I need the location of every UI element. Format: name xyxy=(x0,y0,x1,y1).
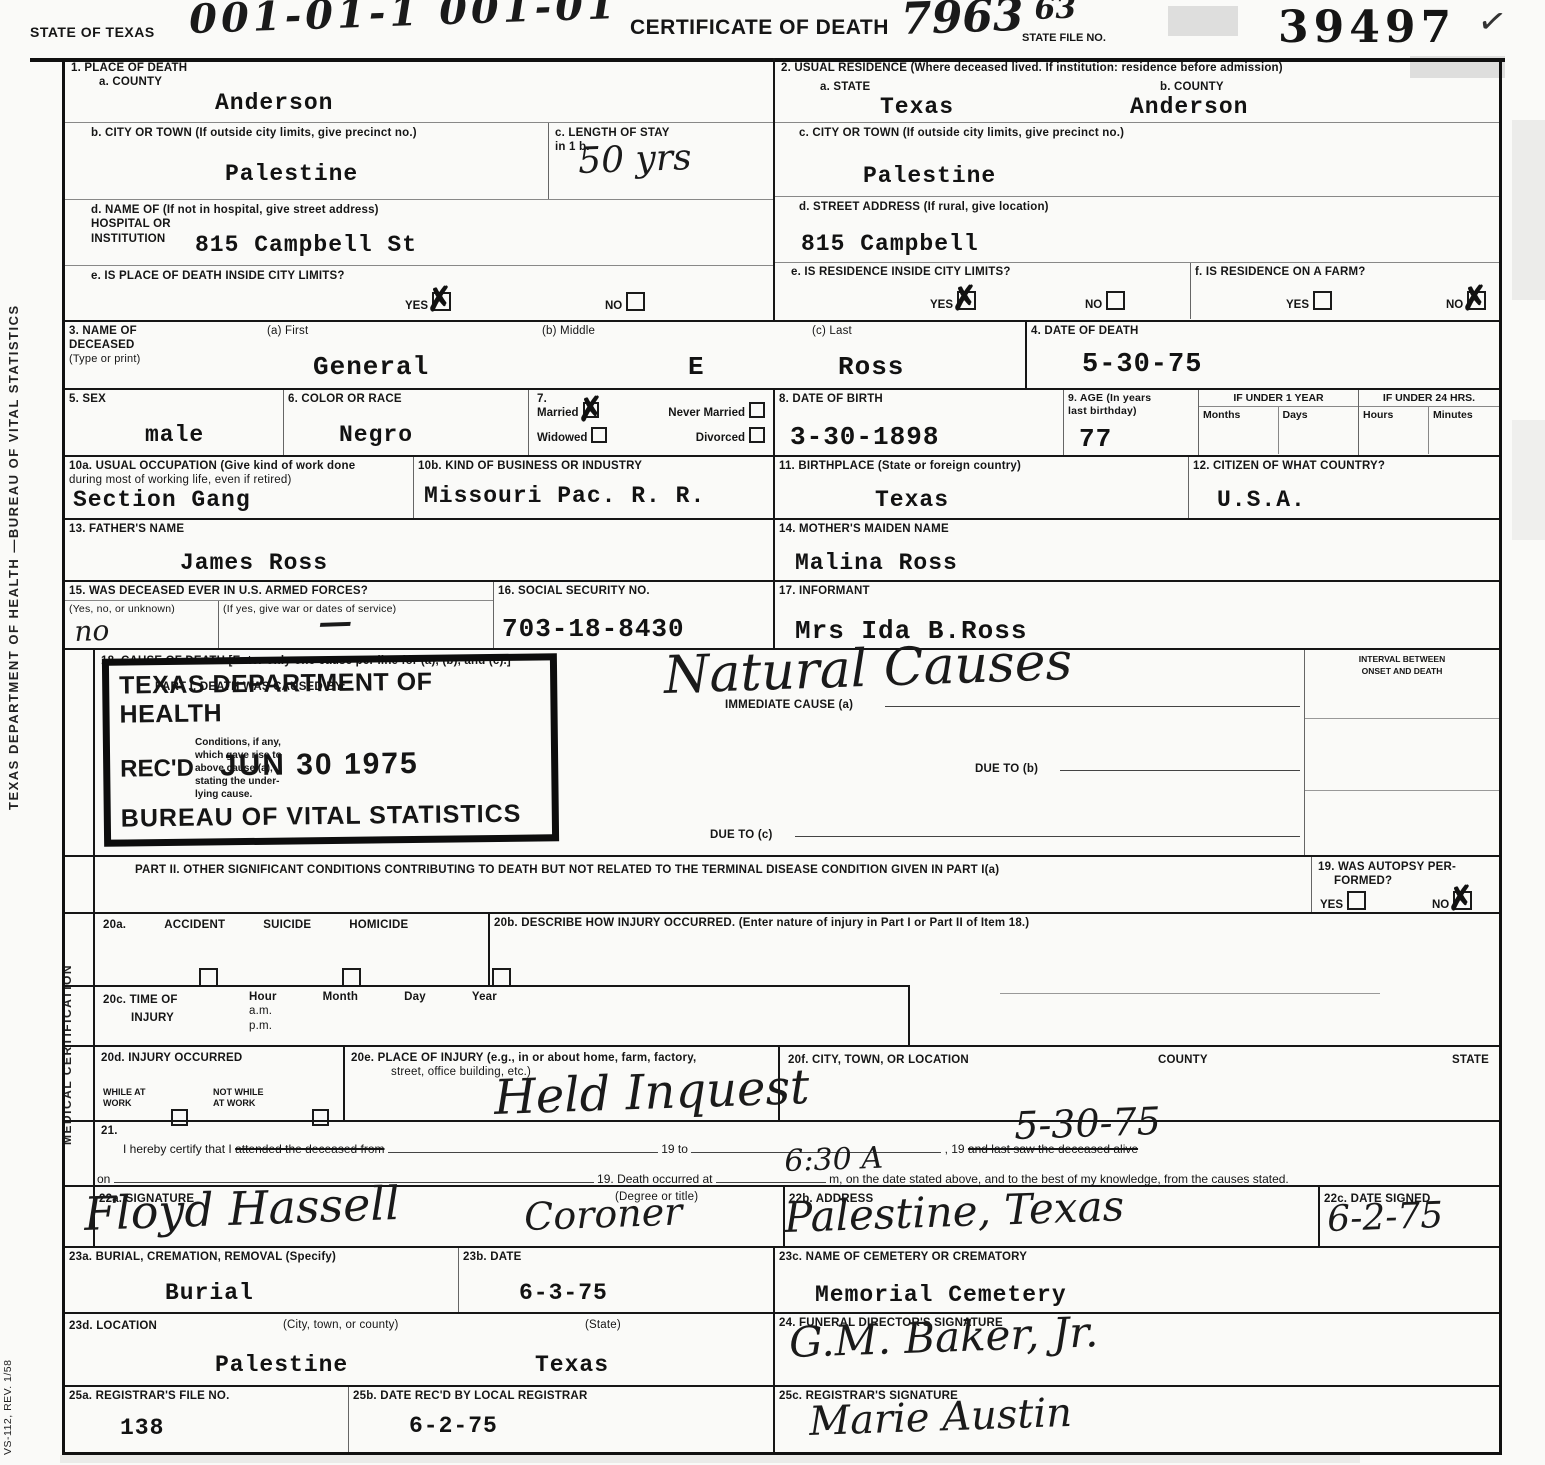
stamp-bureau: BUREAU OF VITAL STATISTICS xyxy=(121,799,542,833)
hospital-label3: INSTITUTION xyxy=(91,232,767,246)
item-21-label: 21. xyxy=(101,1124,118,1138)
under-1-year-header: IF UNDER 1 YEAR xyxy=(1199,390,1358,407)
handwritten-63: 63 xyxy=(1034,0,1077,27)
state-file-number: 39497 xyxy=(1278,2,1456,53)
residence-state-label: a. STATE xyxy=(820,80,870,94)
mother-value: Malina Ross xyxy=(795,550,958,576)
name-title3: (Type or print) xyxy=(69,353,259,367)
months-label: Months xyxy=(1199,407,1279,454)
sex-field: 5. SEX male xyxy=(65,390,283,455)
medical-certification-strip xyxy=(65,650,95,855)
yes-label: YES xyxy=(930,299,953,311)
handwritten-district-codes: 001-01-1 001-01 xyxy=(188,0,619,43)
ssn-value: 703-18-8430 xyxy=(502,614,685,644)
certifier-address-value: Palestine, Texas xyxy=(783,1181,1125,1242)
degree-value: Coroner xyxy=(523,1190,683,1239)
armed-forces-label: 15. WAS DECEASED EVER IN U.S. ARMED FORC… xyxy=(65,582,493,600)
state-of-texas-label: STATE OF TEXAS xyxy=(30,24,155,40)
row-part2-autopsy: PART II. OTHER SIGNIFICANT CONDITIONS CO… xyxy=(65,855,1499,912)
location-state-sub: (State) xyxy=(585,1318,621,1332)
inquest-date-handwriting: 5-30-75 xyxy=(1013,1099,1161,1148)
scan-artifact xyxy=(1512,120,1545,300)
minutes-label: Minutes xyxy=(1429,407,1499,454)
dob-value: 3-30-1898 xyxy=(790,422,939,452)
medical-certification-strip xyxy=(65,914,95,985)
certification-field: 21. I hereby certify that I attended the… xyxy=(95,1122,1499,1185)
describe-injury-field: 20b. DESCRIBE HOW INJURY OCCURRED. (Ente… xyxy=(488,914,1499,985)
am-label: a.m. xyxy=(249,1005,272,1017)
under-24-hrs-header: IF UNDER 24 HRS. xyxy=(1359,390,1499,407)
dob-label: 8. DATE OF BIRTH xyxy=(779,392,1059,406)
funeral-director-signature: G.M. Baker, Jr. xyxy=(788,1307,1099,1367)
first-name-label: (a) First xyxy=(267,324,534,338)
race-field: 6. COLOR OR RACE Negro xyxy=(283,390,528,455)
from-line xyxy=(388,1138,658,1153)
residence-city-limits-no-checkbox xyxy=(1106,291,1125,310)
residence-city-label: c. CITY OR TOWN (If outside city limits,… xyxy=(799,126,1493,140)
if-under-1-year-field: IF UNDER 1 YEAR Months Days xyxy=(1198,390,1358,455)
never-married-checkbox xyxy=(749,402,765,418)
burial-date-value: 6-3-75 xyxy=(519,1280,608,1306)
row-place-residence: 1. PLACE OF DEATH a. COUNTY Anderson b. … xyxy=(65,58,1499,320)
due-to-b-line xyxy=(1060,756,1300,771)
scan-artifact xyxy=(60,1455,1360,1463)
if-under-24-hrs-field: IF UNDER 24 HRS. Hours Minutes xyxy=(1358,390,1499,455)
autopsy-no-checkbox xyxy=(1453,891,1472,910)
describe-injury-continuation xyxy=(908,985,1499,1045)
place-city-limits-yes-checkbox xyxy=(432,292,451,311)
location-city-sub: (City, town, or county) xyxy=(283,1318,399,1332)
while-at-work-label: WHILE AT xyxy=(103,1087,146,1097)
burial-value: Burial xyxy=(165,1280,254,1306)
autopsy-field: 19. WAS AUTOPSY PER- FORMED? YES NO xyxy=(1311,857,1499,912)
birthplace-value: Texas xyxy=(875,487,949,513)
residence-farm-no-checkbox xyxy=(1467,291,1486,310)
received-stamp: TEXAS DEPARTMENT OF HEALTH REC'DJUN 30 1… xyxy=(102,653,559,847)
last-name-label: (c) Last xyxy=(812,324,1021,338)
death-time-handwriting: 6:30 A xyxy=(784,1141,884,1179)
section-1-place-of-death: 1. PLACE OF DEATH a. COUNTY Anderson b. … xyxy=(65,58,773,320)
father-label: 13. FATHER'S NAME xyxy=(69,522,769,536)
interval-header: INTERVAL BETWEEN ONSET AND DEATH xyxy=(1311,654,1493,678)
handwritten-year: 7963 xyxy=(900,0,1024,45)
occupation-label1: 10a. USUAL OCCUPATION (Give kind of work… xyxy=(69,459,409,473)
divorced-checkbox xyxy=(749,427,765,443)
row-forces-ssn: 15. WAS DECEASED EVER IN U.S. ARMED FORC… xyxy=(65,580,1499,648)
burial-date-label: 23b. DATE xyxy=(463,1250,769,1264)
medical-certification-strip xyxy=(65,985,95,1045)
yes-label: YES xyxy=(1286,299,1309,311)
check-mark: ✓ xyxy=(1475,0,1510,44)
mother-name-field: 14. MOTHER'S MAIDEN NAME Malina Ross xyxy=(773,520,1499,580)
row-accident-injury: 20a. ACCIDENT SUICIDE HOMICIDE 20b. DESC… xyxy=(65,912,1499,985)
location-city-value: Palestine xyxy=(215,1352,348,1378)
occupation-label2: during most of working life, even if ret… xyxy=(69,473,409,487)
no-label: NO xyxy=(605,300,622,312)
never-married-label: Never Married xyxy=(668,407,745,419)
birthplace-field: 11. BIRTHPLACE (State or foreign country… xyxy=(773,457,1188,518)
registrar-signature-value: Marie Austin xyxy=(808,1390,1072,1445)
residence-county-value: Anderson xyxy=(1130,94,1248,120)
date-received-value: 6-2-75 xyxy=(409,1413,498,1439)
due-to-c-label: DUE TO (c) xyxy=(710,828,773,842)
burial-field: 23a. BURIAL, CREMATION, REMOVAL (Specify… xyxy=(65,1248,458,1312)
date-of-death-field: 4. DATE OF DEATH 5-30-75 xyxy=(1025,322,1499,388)
stamp-date: JUN 30 1975 xyxy=(220,746,419,782)
autopsy-yes-checkbox xyxy=(1347,891,1366,910)
race-label: 6. COLOR OR RACE xyxy=(288,392,524,406)
industry-field: 10b. KIND OF BUSINESS OR INDUSTRY Missou… xyxy=(413,457,773,518)
sex-value: male xyxy=(145,422,204,448)
cause-of-death-field: 18. CAUSE OF DEATH [Enter only one cause… xyxy=(95,650,1304,855)
name-title1: 3. NAME OF xyxy=(69,324,259,338)
row-time-of-injury: 20c. TIME OFINJURY Houra.m.p.m. Month Da… xyxy=(65,985,1499,1045)
burial-location-field: 23d. LOCATION (City, town, or county) (S… xyxy=(65,1314,773,1385)
last-name-value: Ross xyxy=(838,352,904,382)
cemetery-field: 23c. NAME OF CEMETERY OR CREMATORY Memor… xyxy=(773,1248,1499,1312)
row-certification: 21. I hereby certify that I attended the… xyxy=(65,1120,1499,1185)
yes-label: YES xyxy=(405,300,428,312)
margin-agency-vertical-text: TEXAS DEPARTMENT OF HEALTH —BUREAU OF VI… xyxy=(6,250,21,810)
row-cause-of-death: 18. CAUSE OF DEATH [Enter only one cause… xyxy=(65,648,1499,855)
scan-artifact xyxy=(1512,420,1545,540)
date-of-death-value: 5-30-75 xyxy=(1082,350,1202,380)
homicide-label: HOMICIDE xyxy=(349,918,408,932)
hour-label: Hour xyxy=(249,991,277,1003)
street-address-label: d. STREET ADDRESS (If rural, give locati… xyxy=(799,200,1493,214)
day-label: Day xyxy=(404,990,426,1033)
row-location-director: 23d. LOCATION (City, town, or county) (S… xyxy=(65,1312,1499,1385)
injury-occurred-label: 20d. INJURY OCCURRED xyxy=(101,1051,337,1065)
medical-certification-strip xyxy=(65,1122,95,1185)
injury-writing-line xyxy=(1000,993,1380,994)
cemetery-label: 23c. NAME OF CEMETERY OR CREMATORY xyxy=(779,1250,1495,1264)
burial-label: 23a. BURIAL, CREMATION, REMOVAL (Specify… xyxy=(69,1250,454,1264)
residence-city-limits-yes-checkbox xyxy=(957,291,976,310)
certifier-signature-field: 22a. SIGNATURE (Degree or title) Floyd H… xyxy=(95,1187,783,1246)
registrar-file-label: 25a. REGISTRAR'S FILE NO. xyxy=(69,1389,344,1403)
injury-occurred-field: 20d. INJURY OCCURRED WHILE ATWORK NOT WH… xyxy=(95,1047,343,1120)
section-2-usual-residence: 2. USUAL RESIDENCE (Where deceased lived… xyxy=(773,58,1499,320)
age-label2: last birthday) xyxy=(1068,405,1194,418)
funeral-director-field: 24. FUNERAL DIRECTOR'S SIGNATURE G.M. Ba… xyxy=(773,1314,1499,1385)
certifier-address-field: 22b. ADDRESS Palestine, Texas xyxy=(783,1187,1318,1246)
state-file-no-label: STATE FILE NO. xyxy=(1022,32,1106,44)
city-value: Palestine xyxy=(225,161,358,187)
death-certificate-scan: TEXAS DEPARTMENT OF HEALTH —BUREAU OF VI… xyxy=(0,0,1545,1465)
occupation-value: Section Gang xyxy=(73,487,251,513)
armed-forces-field: 15. WAS DECEASED EVER IN U.S. ARMED FORC… xyxy=(65,582,493,648)
time-injury-label1: 20c. TIME OF xyxy=(103,994,178,1006)
street-address-value: 815 Campbell xyxy=(801,231,979,257)
married-label: Married xyxy=(537,407,579,419)
first-name-field: (a) First General xyxy=(263,322,538,388)
time-of-injury-field: 20c. TIME OFINJURY Houra.m.p.m. Month Da… xyxy=(95,985,908,1045)
citizen-label: 12. CITIZEN OF WHAT COUNTRY? xyxy=(1193,459,1495,473)
date-of-birth-field: 8. DATE OF BIRTH 3-30-1898 xyxy=(773,390,1063,455)
medical-certification-strip xyxy=(65,857,95,912)
date-signed-field: 22c. DATE SIGNED 6-2-75 xyxy=(1318,1187,1499,1246)
ssn-label: 16. SOCIAL SECURITY NO. xyxy=(498,584,769,598)
registrar-file-value: 138 xyxy=(120,1415,164,1441)
stamp-agency: TEXAS DEPARTMENT OF HEALTH xyxy=(119,666,541,729)
age-value: 77 xyxy=(1079,424,1112,454)
part2-label: PART II. OTHER SIGNIFICANT CONDITIONS CO… xyxy=(135,863,1255,877)
armed-forces-value: no xyxy=(74,614,110,648)
interval-column: INTERVAL BETWEEN ONSET AND DEATH xyxy=(1304,650,1499,855)
county-label: a. COUNTY xyxy=(99,75,767,89)
no-label: NO xyxy=(1085,299,1102,311)
residence-farm-yes-checkbox xyxy=(1313,291,1332,310)
age-field: 9. AGE (In years last birthday) 77 xyxy=(1063,390,1198,455)
medical-certification-strip xyxy=(65,1047,95,1120)
hospital-value: 815 Campbell St xyxy=(195,232,417,258)
widowed-label: Widowed xyxy=(537,432,587,444)
certifier-signature-value: Floyd Hassell xyxy=(83,1176,400,1241)
last-name-field: (c) Last Ross xyxy=(808,322,1025,388)
middle-name-field: (b) Middle E xyxy=(538,322,808,388)
certify-line1: I hereby certify that I attended the dec… xyxy=(123,1138,1138,1156)
divorced-label: Divorced xyxy=(696,432,745,444)
residence-title: 2. USUAL RESIDENCE (Where deceased lived… xyxy=(781,61,1493,75)
sex-label: 5. SEX xyxy=(69,392,279,406)
injury-state-label: STATE xyxy=(1452,1053,1489,1067)
birthplace-label: 11. BIRTHPLACE (State or foreign country… xyxy=(779,459,1184,473)
row-signature: 22a. SIGNATURE (Degree or title) Floyd H… xyxy=(65,1185,1499,1246)
mother-label: 14. MOTHER'S MAIDEN NAME xyxy=(779,522,1495,536)
hospital-label: d. NAME OF (If not in hospital, give str… xyxy=(91,203,767,217)
place-of-death-title: 1. PLACE OF DEATH xyxy=(71,61,767,75)
father-value: James Ross xyxy=(180,550,328,576)
pm-label: p.m. xyxy=(249,1020,272,1032)
item-20a-label: 20a. xyxy=(103,918,126,932)
location-state-value: Texas xyxy=(535,1352,609,1378)
age-label1: 9. AGE (In years xyxy=(1068,392,1194,405)
informant-label: 17. INFORMANT xyxy=(779,584,1495,598)
row-occupation: 10a. USUAL OCCUPATION (Give kind of work… xyxy=(65,455,1499,518)
date-received-field: 25b. DATE REC'D BY LOCAL REGISTRAR 6-2-7… xyxy=(348,1387,773,1452)
due-to-b-label: DUE TO (b) xyxy=(975,762,1038,776)
interval-line xyxy=(1305,718,1499,719)
middle-name-value: E xyxy=(688,352,705,382)
citizen-value: U.S.A. xyxy=(1217,487,1306,513)
row-parents: 13. FATHER'S NAME James Ross 14. MOTHER'… xyxy=(65,518,1499,580)
cemetery-value: Memorial Cemetery xyxy=(815,1282,1067,1308)
certificate-title: CERTIFICATE OF DEATH xyxy=(630,16,889,40)
name-of-deceased-caption: 3. NAME OF DECEASED (Type or print) xyxy=(65,322,263,388)
residence-city-limits-label: e. IS RESIDENCE INSIDE CITY LIMITS? xyxy=(791,265,1186,279)
date-received-label: 25b. DATE REC'D BY LOCAL REGISTRAR xyxy=(353,1389,769,1403)
hospital-label2: HOSPITAL OR xyxy=(91,217,767,231)
accident-label: ACCIDENT xyxy=(164,918,225,932)
describe-injury-label: 20b. DESCRIBE HOW INJURY OCCURRED. (Ente… xyxy=(494,916,1174,930)
row-demographics: 5. SEX male 6. COLOR OR RACE Negro 7. Ma… xyxy=(65,388,1499,455)
injury-county-label: COUNTY xyxy=(1158,1053,1208,1067)
city-label: b. CITY OR TOWN (If outside city limits,… xyxy=(91,126,542,140)
certificate-form: 1. PLACE OF DEATH a. COUNTY Anderson b. … xyxy=(62,58,1502,1455)
date-signed-value: 6-2-75 xyxy=(1327,1195,1444,1240)
year-label: Year xyxy=(472,990,497,1033)
injury-city-label: 20f. CITY, TOWN, OR LOCATION xyxy=(788,1053,969,1067)
place-city-limits-no-checkbox xyxy=(626,292,645,311)
stamp-recd: REC'D xyxy=(120,754,194,783)
armed-forces-dash: — xyxy=(318,602,353,643)
accident-suicide-homicide-field: 20a. ACCIDENT SUICIDE HOMICIDE xyxy=(95,914,488,985)
burial-date-field: 23b. DATE 6-3-75 xyxy=(458,1248,773,1312)
residence-state-value: Texas xyxy=(880,94,954,120)
part2-field: PART II. OTHER SIGNIFICANT CONDITIONS CO… xyxy=(95,857,1311,912)
ssn-field: 16. SOCIAL SECURITY NO. 703-18-8430 xyxy=(493,582,773,648)
county-value: Anderson xyxy=(215,90,333,116)
days-label: Days xyxy=(1279,407,1359,454)
interval-line xyxy=(1305,790,1499,791)
name-title2: DECEASED xyxy=(69,338,259,352)
time-injury-label2: INJURY xyxy=(131,1012,174,1024)
held-inquest-handwriting: Held Inquest xyxy=(493,1059,810,1126)
location-label: 23d. LOCATION xyxy=(69,1320,157,1332)
header: STATE OF TEXAS 001-01-1 001-01 CERTIFICA… xyxy=(30,0,1505,62)
autopsy-label1: 19. WAS AUTOPSY PER- xyxy=(1318,860,1493,874)
occupation-field: 10a. USUAL OCCUPATION (Give kind of work… xyxy=(65,457,413,518)
registrar-file-field: 25a. REGISTRAR'S FILE NO. 138 xyxy=(65,1387,348,1452)
row-burial: 23a. BURIAL, CREMATION, REMOVAL (Specify… xyxy=(65,1246,1499,1312)
middle-name-label: (b) Middle xyxy=(542,324,804,338)
row-name-deceased: 3. NAME OF DECEASED (Type or print) (a) … xyxy=(65,320,1499,388)
armed-forces-sub2-label: (If yes, give war or dates of service) xyxy=(223,603,489,616)
length-of-stay-value: 50 yrs xyxy=(578,137,693,182)
not-while-at-work-label: NOT WHILE xyxy=(213,1087,264,1097)
widowed-checkbox xyxy=(591,427,607,443)
month-label: Month xyxy=(323,990,358,1033)
marital-status-field: 7. Married Never Married Widowed Divorce… xyxy=(528,390,773,455)
due-to-c-line xyxy=(795,822,1300,837)
first-name-value: General xyxy=(313,352,429,382)
residence-county-label: b. COUNTY xyxy=(1160,80,1224,94)
struck-attended-text: attended the deceased from xyxy=(235,1142,384,1156)
form-number-vertical-text: VS-112, REV. 1/58 xyxy=(2,1320,14,1455)
married-checkbox xyxy=(583,402,599,418)
row-registrar: 25a. REGISTRAR'S FILE NO. 138 25b. DATE … xyxy=(65,1385,1499,1452)
yes-label: YES xyxy=(1320,899,1343,911)
citizen-field: 12. CITIZEN OF WHAT COUNTRY? U.S.A. xyxy=(1188,457,1499,518)
father-name-field: 13. FATHER'S NAME James Ross xyxy=(65,520,773,580)
race-value: Negro xyxy=(339,422,413,448)
residence-farm-label: f. IS RESIDENCE ON A FARM? xyxy=(1195,265,1495,279)
registrar-signature-field: 25c. REGISTRAR'S SIGNATURE Marie Austin xyxy=(773,1387,1499,1452)
residence-city-value: Palestine xyxy=(863,163,996,189)
industry-label: 10b. KIND OF BUSINESS OR INDUSTRY xyxy=(418,459,769,473)
suicide-label: SUICIDE xyxy=(263,918,311,932)
industry-value: Missouri Pac. R. R. xyxy=(424,483,705,509)
date-of-death-label: 4. DATE OF DEATH xyxy=(1031,324,1495,338)
hours-label: Hours xyxy=(1359,407,1429,454)
